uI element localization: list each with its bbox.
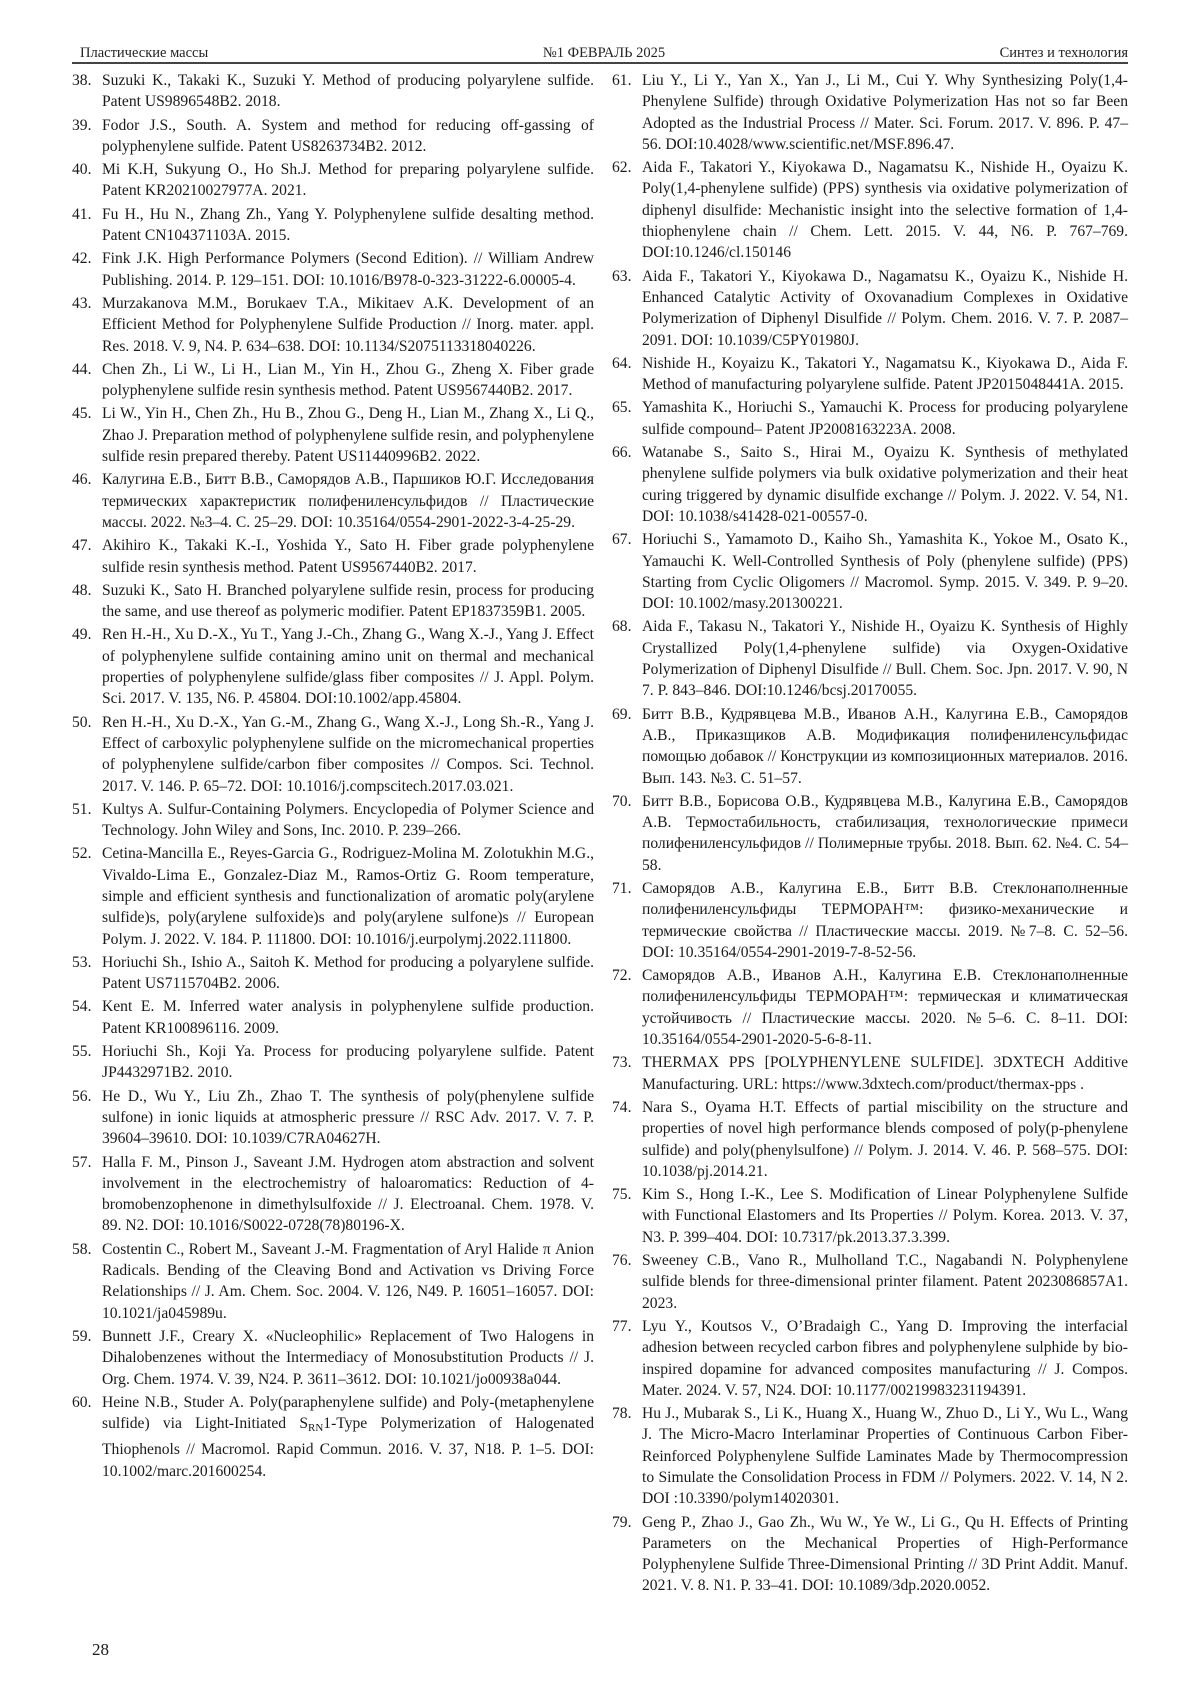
reference-item: 67.Horiuchi S., Yamamoto D., Kaiho Sh., … — [612, 529, 1128, 614]
reference-number: 56. — [72, 1086, 92, 1107]
reference-text: Geng P., Zhao J., Gao Zh., Wu W., Ye W.,… — [642, 1512, 1128, 1597]
reference-item: 51.Kultys A. Sulfur-Containing Polymers.… — [72, 799, 594, 842]
reference-item: 46.Калугина Е.В., Битт В.В., Саморядов А… — [72, 469, 594, 533]
reference-text: Hu J., Mubarak S., Li K., Huang X., Huan… — [642, 1403, 1128, 1509]
reference-text: Murzakanova M.M., Borukaev T.A., Mikitae… — [102, 293, 594, 357]
reference-item: 70.Битт В.В., Борисова О.В., Кудрявцева … — [612, 791, 1128, 876]
reference-item: 77.Lyu Y., Koutsos V., O’Bradaigh C., Ya… — [612, 1316, 1128, 1401]
reference-number: 43. — [72, 293, 92, 314]
reference-number: 42. — [72, 248, 92, 269]
reference-text: Битт В.В., Борисова О.В., Кудрявцева М.В… — [642, 791, 1128, 876]
reference-number: 50. — [72, 712, 92, 733]
reference-number: 46. — [72, 469, 92, 490]
reference-number: 39. — [72, 115, 92, 136]
reference-text: Fu H., Hu N., Zhang Zh., Yang Y. Polyphe… — [102, 204, 594, 247]
reference-number: 68. — [612, 616, 632, 637]
reference-item: 43.Murzakanova M.M., Borukaev T.A., Miki… — [72, 293, 594, 357]
reference-text: Horiuchi S., Yamamoto D., Kaiho Sh., Yam… — [642, 529, 1128, 614]
reference-number: 65. — [612, 397, 632, 418]
header-rule — [72, 62, 1128, 64]
reference-item: 49.Ren H.-H., Xu D.-X., Yu T., Yang J.-C… — [72, 624, 594, 709]
reference-text: Horiuchi Sh., Koji Ya. Process for produ… — [102, 1041, 594, 1084]
reference-item: 57.Halla F. M., Pinson J., Saveant J.M. … — [72, 1152, 594, 1237]
reference-list-right: 61.Liu Y., Li Y., Yan X., Yan J., Li M.,… — [612, 70, 1128, 1599]
reference-text: Sweeney C.B., Vano R., Mulholland T.C., … — [642, 1250, 1128, 1314]
reference-text: Horiuchi Sh., Ishio A., Saitoh K. Method… — [102, 952, 594, 995]
issue-label: №1 ФЕВРАЛЬ 2025 — [80, 45, 1128, 62]
reference-text: He D., Wu Y., Liu Zh., Zhao T. The synth… — [102, 1086, 594, 1150]
reference-number: 67. — [612, 529, 632, 550]
reference-text: Heine N.B., Studer A. Poly(paraphenylene… — [102, 1392, 594, 1482]
reference-item: 62.Aida F., Takatori Y., Kiyokawa D., Na… — [612, 157, 1128, 263]
reference-text: Bunnett J.F., Creary X. «Nucleophilic» R… — [102, 1326, 594, 1390]
reference-number: 75. — [612, 1184, 632, 1205]
reference-number: 47. — [72, 535, 92, 556]
reference-text: Watanabe S., Saito S., Hirai M., Oyaizu … — [642, 442, 1128, 527]
reference-text: Саморядов А.В., Иванов А.Н., Калугина Е.… — [642, 965, 1128, 1050]
reference-item: 71.Саморядов А.В., Калугина Е.В., Битт В… — [612, 878, 1128, 963]
running-header: Пластические массы №1 ФЕВРАЛЬ 2025 Синте… — [80, 40, 1128, 62]
reference-number: 48. — [72, 580, 92, 601]
reference-number: 45. — [72, 403, 92, 424]
reference-text: Nara S., Oyama H.T. Effects of partial m… — [642, 1097, 1128, 1182]
reference-item: 59.Bunnett J.F., Creary X. «Nucleophilic… — [72, 1326, 594, 1390]
reference-text: Калугина Е.В., Битт В.В., Саморядов А.В.… — [102, 469, 594, 533]
reference-item: 66.Watanabe S., Saito S., Hirai M., Oyai… — [612, 442, 1128, 527]
reference-item: 63.Aida F., Takatori Y., Kiyokawa D., Na… — [612, 266, 1128, 351]
reference-number: 69. — [612, 704, 632, 725]
reference-text: Kim S., Hong I.-K., Lee S. Modification … — [642, 1184, 1128, 1248]
reference-item: 48.Suzuki K., Sato H. Branched polyaryle… — [72, 580, 594, 623]
reference-text: Aida F., Takasu N., Takatori Y., Nishide… — [642, 616, 1128, 701]
reference-number: 79. — [612, 1512, 632, 1533]
reference-item: 76.Sweeney C.B., Vano R., Mulholland T.C… — [612, 1250, 1128, 1314]
reference-number: 61. — [612, 70, 632, 91]
subscript: RN — [308, 1422, 323, 1434]
reference-item: 74.Nara S., Oyama H.T. Effects of partia… — [612, 1097, 1128, 1182]
reference-text: Nishide H., Koyaizu K., Takatori Y., Nag… — [642, 353, 1128, 396]
reference-number: 77. — [612, 1316, 632, 1337]
reference-text: Halla F. M., Pinson J., Saveant J.M. Hyd… — [102, 1152, 594, 1237]
reference-number: 76. — [612, 1250, 632, 1271]
reference-number: 70. — [612, 791, 632, 812]
reference-number: 63. — [612, 266, 632, 287]
reference-item: 53.Horiuchi Sh., Ishio A., Saitoh K. Met… — [72, 952, 594, 995]
reference-item: 45.Li W., Yin H., Chen Zh., Hu B., Zhou … — [72, 403, 594, 467]
reference-number: 44. — [72, 359, 92, 380]
reference-item: 40.Mi K.H, Sukyung O., Ho Sh.J. Method f… — [72, 159, 594, 202]
reference-item: 41.Fu H., Hu N., Zhang Zh., Yang Y. Poly… — [72, 204, 594, 247]
reference-text: Liu Y., Li Y., Yan X., Yan J., Li M., Cu… — [642, 70, 1128, 155]
reference-text: Fodor J.S., South. A. System and method … — [102, 115, 594, 158]
reference-text: Aida F., Takatori Y., Kiyokawa D., Nagam… — [642, 157, 1128, 263]
reference-number: 53. — [72, 952, 92, 973]
reference-text: Mi K.H, Sukyung O., Ho Sh.J. Method for … — [102, 159, 594, 202]
reference-item: 72.Саморядов А.В., Иванов А.Н., Калугина… — [612, 965, 1128, 1050]
reference-item: 79.Geng P., Zhao J., Gao Zh., Wu W., Ye … — [612, 1512, 1128, 1597]
reference-item: 65.Yamashita K., Horiuchi S., Yamauchi K… — [612, 397, 1128, 440]
reference-number: 55. — [72, 1041, 92, 1062]
reference-item: 52.Cetina-Mancilla E., Reyes-Garcia G., … — [72, 843, 594, 949]
reference-number: 64. — [612, 353, 632, 374]
reference-number: 51. — [72, 799, 92, 820]
reference-text: Kultys A. Sulfur-Containing Polymers. En… — [102, 799, 594, 842]
reference-item: 58.Costentin C., Robert M., Saveant J.-M… — [72, 1239, 594, 1324]
reference-item: 73.THERMAX PPS [POLYPHENYLENE SULFIDE]. … — [612, 1052, 1128, 1095]
reference-text: Ren H.-H., Xu D.-X., Yan G.-M., Zhang G.… — [102, 712, 594, 797]
reference-text: THERMAX PPS [POLYPHENYLENE SULFIDE]. 3DX… — [642, 1052, 1128, 1095]
reference-text: Costentin C., Robert M., Saveant J.-M. F… — [102, 1239, 594, 1324]
reference-item: 55.Horiuchi Sh., Koji Ya. Process for pr… — [72, 1041, 594, 1084]
reference-text: Ren H.-H., Xu D.-X., Yu T., Yang J.-Ch.,… — [102, 624, 594, 709]
reference-item: 39.Fodor J.S., South. A. System and meth… — [72, 115, 594, 158]
reference-text: Chen Zh., Li W., Li H., Lian M., Yin H.,… — [102, 359, 594, 402]
reference-item: 64.Nishide H., Koyaizu K., Takatori Y., … — [612, 353, 1128, 396]
reference-item: 42.Fink J.K. High Performance Polymers (… — [72, 248, 594, 291]
reference-number: 41. — [72, 204, 92, 225]
reference-number: 59. — [72, 1326, 92, 1347]
reference-number: 73. — [612, 1052, 632, 1073]
reference-number: 72. — [612, 965, 632, 986]
reference-number: 58. — [72, 1239, 92, 1260]
reference-text: Битт В.В., Кудрявцева М.В., Иванов А.Н.,… — [642, 704, 1128, 789]
reference-item: 68.Aida F., Takasu N., Takatori Y., Nish… — [612, 616, 1128, 701]
reference-item: 47.Akihiro K., Takaki K.-I., Yoshida Y.,… — [72, 535, 594, 578]
reference-item: 78.Hu J., Mubarak S., Li K., Huang X., H… — [612, 1403, 1128, 1509]
page-number: 28 — [92, 1640, 109, 1660]
reference-number: 54. — [72, 996, 92, 1017]
reference-item: 61.Liu Y., Li Y., Yan X., Yan J., Li M.,… — [612, 70, 1128, 155]
reference-number: 49. — [72, 624, 92, 645]
reference-number: 71. — [612, 878, 632, 899]
reference-text: Suzuki K., Sato H. Branched polyarylene … — [102, 580, 594, 623]
reference-item: 60.Heine N.B., Studer A. Poly(paraphenyl… — [72, 1392, 594, 1482]
reference-number: 52. — [72, 843, 92, 864]
reference-item: 54.Kent E. M. Inferred water analysis in… — [72, 996, 594, 1039]
reference-list-left: 38.Suzuki K., Takaki K., Suzuki Y. Metho… — [72, 70, 594, 1484]
reference-text: Li W., Yin H., Chen Zh., Hu B., Zhou G.,… — [102, 403, 594, 467]
reference-number: 60. — [72, 1392, 92, 1413]
reference-text: Akihiro K., Takaki K.-I., Yoshida Y., Sa… — [102, 535, 594, 578]
reference-text: Aida F., Takatori Y., Kiyokawa D., Nagam… — [642, 266, 1128, 351]
reference-item: 38.Suzuki K., Takaki K., Suzuki Y. Metho… — [72, 70, 594, 113]
reference-number: 40. — [72, 159, 92, 180]
reference-text: Yamashita K., Horiuchi S., Yamauchi K. P… — [642, 397, 1128, 440]
reference-number: 57. — [72, 1152, 92, 1173]
reference-text: Cetina-Mancilla E., Reyes-Garcia G., Rod… — [102, 843, 594, 949]
reference-text: Kent E. M. Inferred water analysis in po… — [102, 996, 594, 1039]
reference-number: 62. — [612, 157, 632, 178]
reference-text: Fink J.K. High Performance Polymers (Sec… — [102, 248, 594, 291]
reference-text: Саморядов А.В., Калугина Е.В., Битт В.В.… — [642, 878, 1128, 963]
reference-item: 75.Kim S., Hong I.-K., Lee S. Modificati… — [612, 1184, 1128, 1248]
reference-number: 78. — [612, 1403, 632, 1424]
reference-item: 44.Chen Zh., Li W., Li H., Lian M., Yin … — [72, 359, 594, 402]
reference-text: Suzuki K., Takaki K., Suzuki Y. Method o… — [102, 70, 594, 113]
reference-item: 56.He D., Wu Y., Liu Zh., Zhao T. The sy… — [72, 1086, 594, 1150]
reference-item: 50.Ren H.-H., Xu D.-X., Yan G.-M., Zhang… — [72, 712, 594, 797]
reference-number: 66. — [612, 442, 632, 463]
reference-number: 74. — [612, 1097, 632, 1118]
reference-number: 38. — [72, 70, 92, 91]
reference-item: 69.Битт В.В., Кудрявцева М.В., Иванов А.… — [612, 704, 1128, 789]
reference-text: Lyu Y., Koutsos V., O’Bradaigh C., Yang … — [642, 1316, 1128, 1401]
